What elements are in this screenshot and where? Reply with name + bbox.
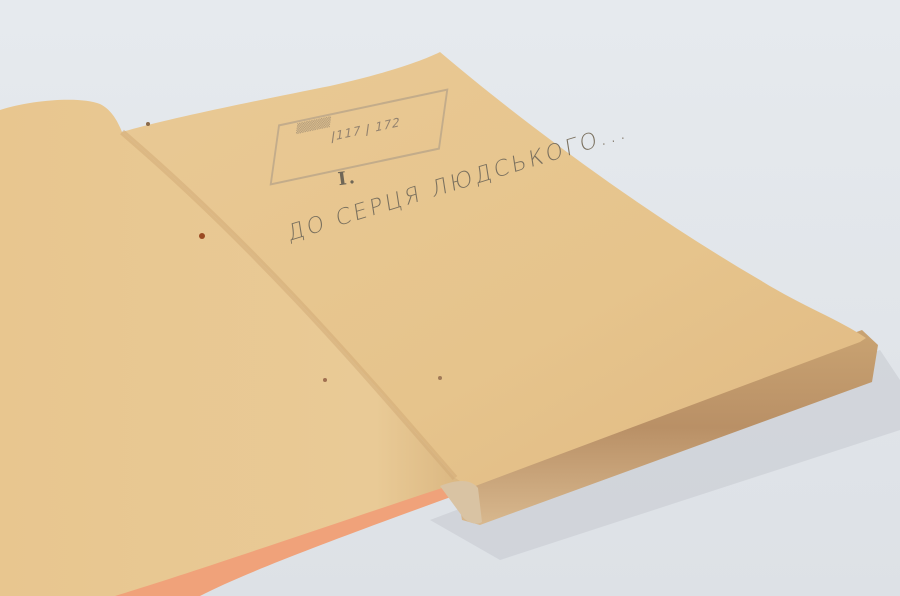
book-photo: [0, 0, 900, 596]
stamp-number: ǀ117 ǀ 172: [330, 115, 401, 144]
chapter-numeral: I.: [337, 167, 358, 190]
stamp-header: ▒▒▒▒▒: [296, 117, 331, 135]
